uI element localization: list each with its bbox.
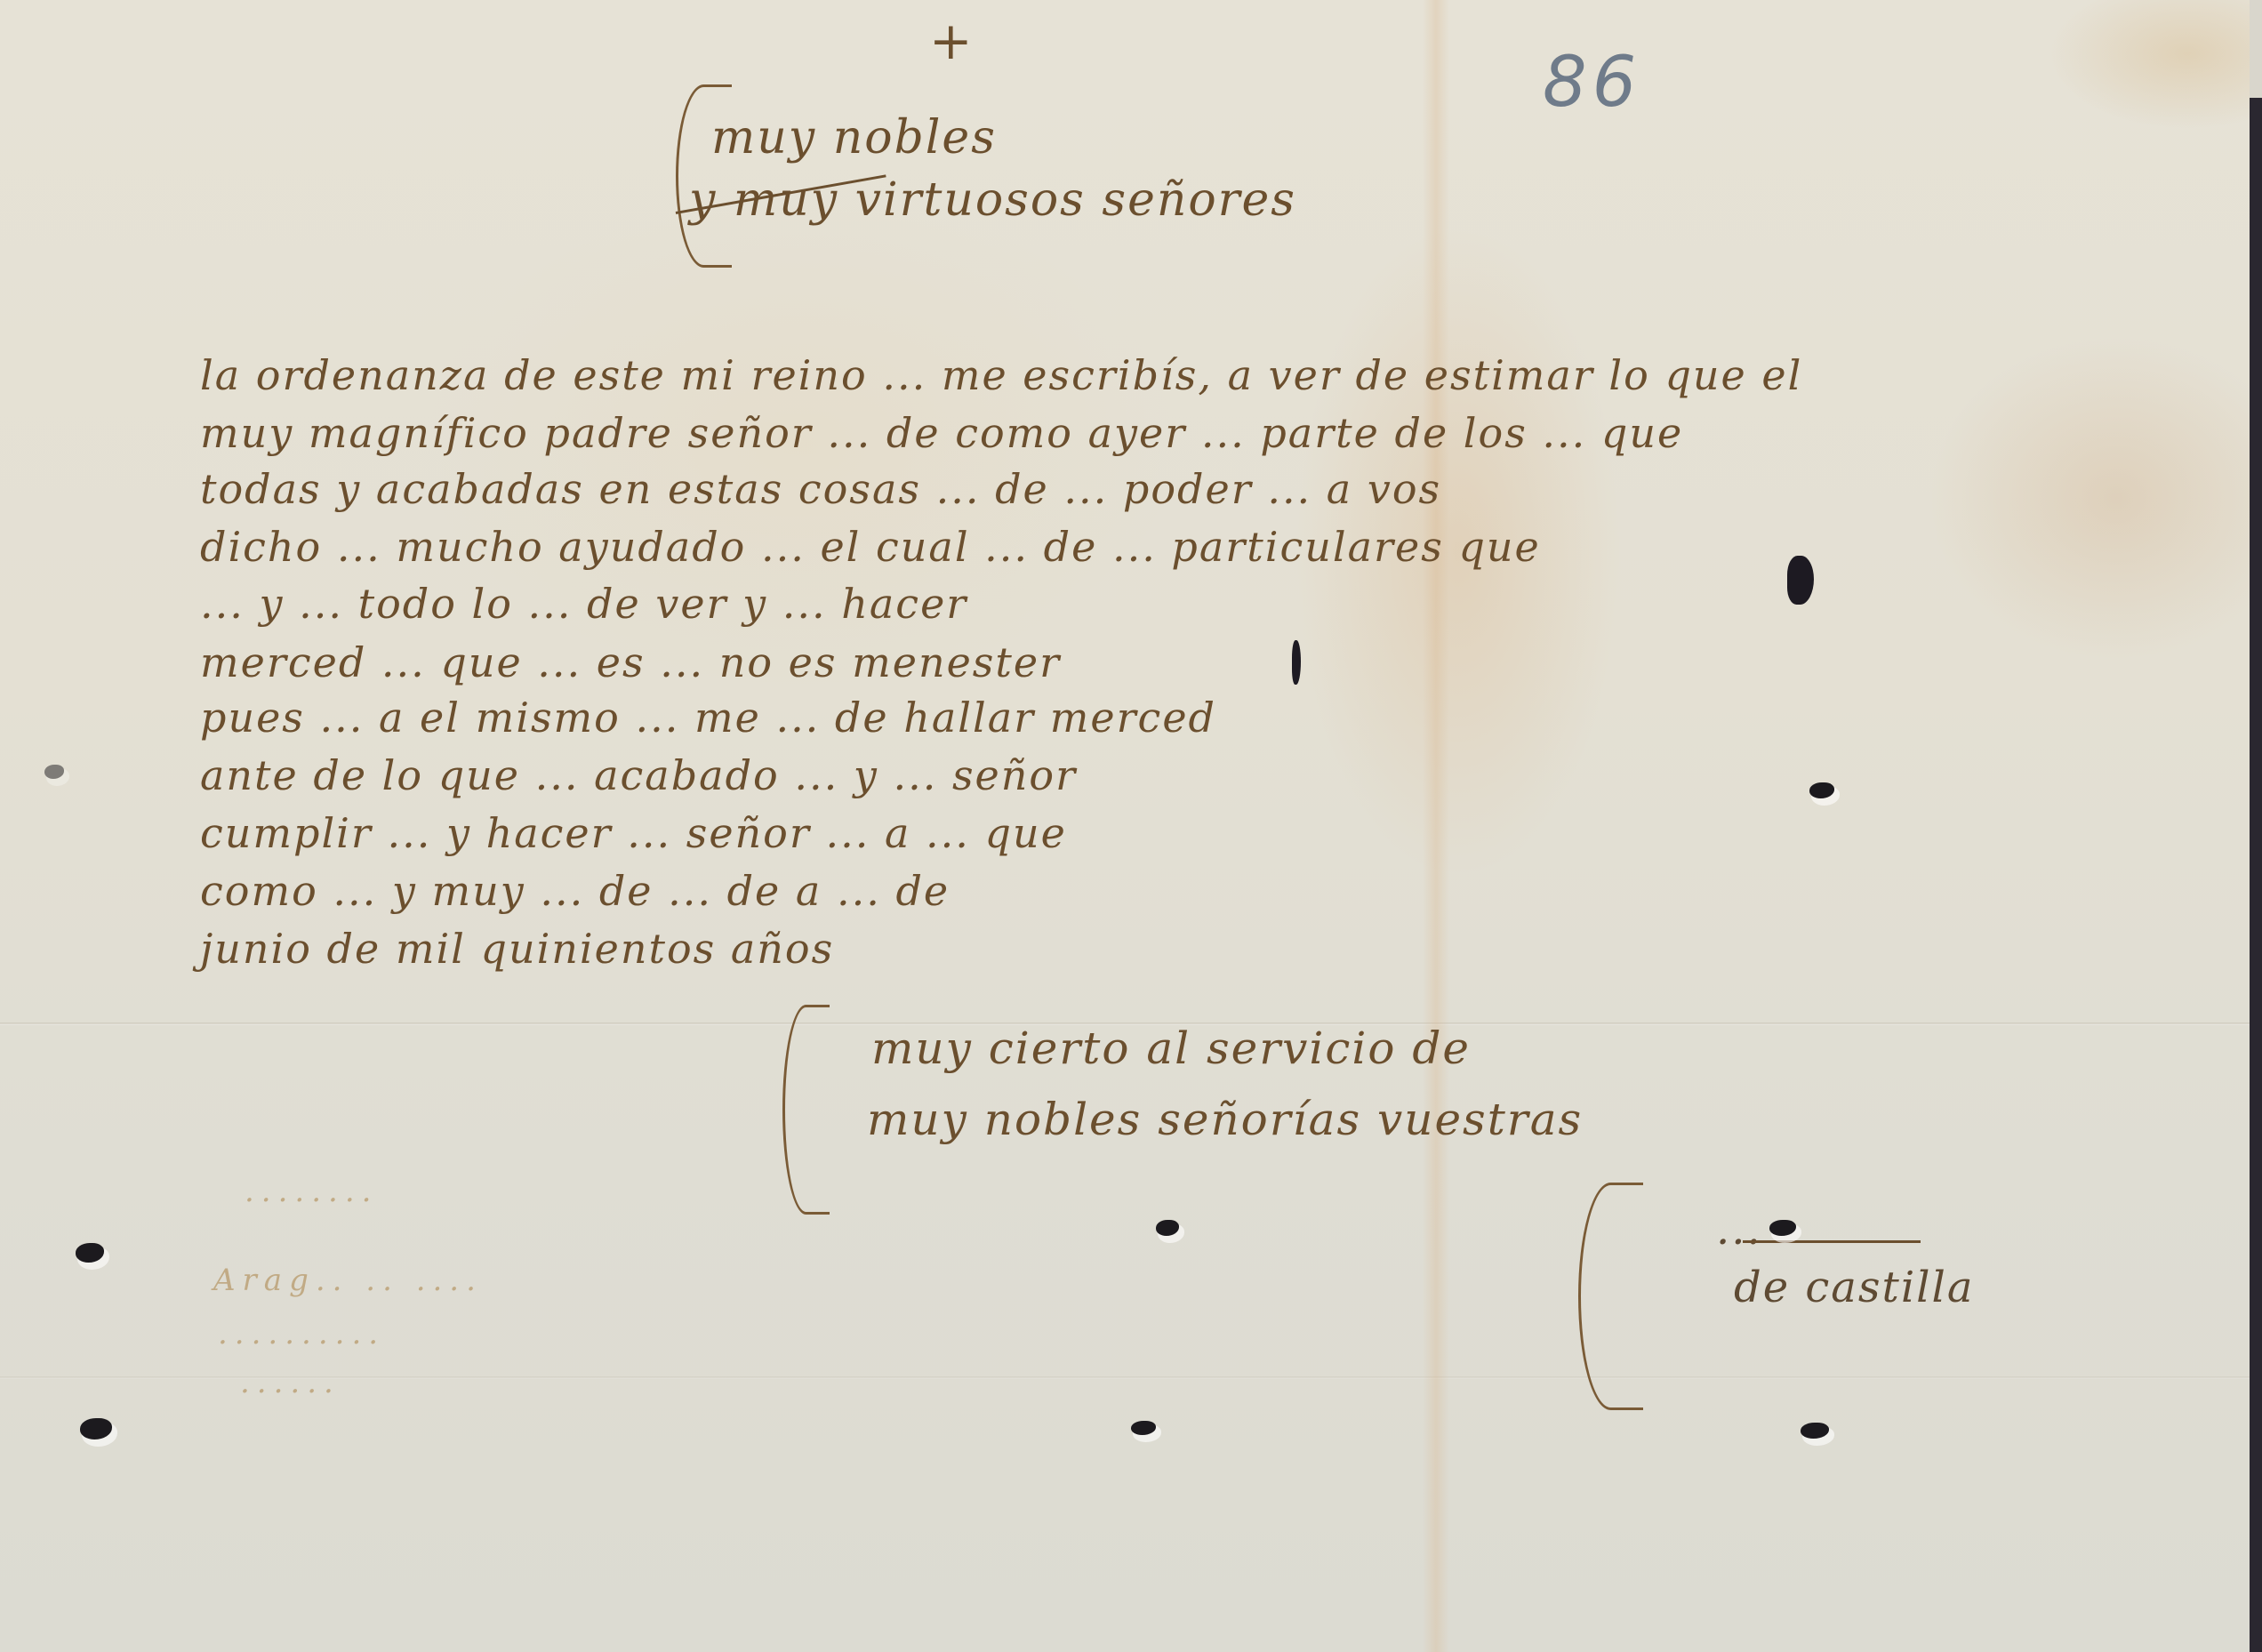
body-line-5: ... y ... todo lo ... de ver y ... hacer [200,580,967,628]
body-line-8: ante de lo que ... acabado ... y ... señ… [200,751,1077,799]
closing-line-1: muy cierto al servicio de [871,1022,1471,1074]
page-edge [2250,98,2262,1652]
body-line-2: muy magnífico padre señor ... de como ay… [200,409,1683,457]
address-line-2: y muy virtuosos señores [689,173,1296,227]
signature-line-1: ... [1716,1205,1762,1255]
address-line-1: muy nobles [711,111,997,164]
body-line-7: pues ... a el mismo ... me ... de hallar… [200,694,1216,742]
signature-flourish [1578,1183,1643,1410]
faded-note-3: .......... [218,1316,385,1351]
cross-mark: + [929,11,973,71]
fold-line-vertical [1423,0,1449,1652]
signature-line-2: de castilla [1734,1263,1974,1312]
closing-line-2: muy nobles señorías vuestras [867,1094,1583,1145]
folio-number: 86 [1543,43,1641,123]
body-line-3: todas y acabadas en estas cosas ... de .… [200,465,1441,513]
faded-note-2: Arag.. .. .... [213,1263,483,1298]
signature-stroke [1743,1240,1921,1243]
faded-note-4: ...... [240,1365,341,1400]
body-line-9: cumplir ... y hacer ... señor ... a ... … [200,809,1067,857]
body-line-10: como ... y muy ... de ... de a ... de [200,867,950,915]
body-line-1: la ordenanza de este mi reino ... me esc… [200,351,1802,399]
closing-flourish [782,1005,830,1215]
faded-note-1: ........ [245,1174,378,1209]
body-line-6: merced ... que ... es ... no es menester [200,638,1061,686]
body-line-11: junio de mil quinientos años [200,925,834,973]
body-line-4: dicho ... mucho ayudado ... el cual ... … [200,523,1541,571]
